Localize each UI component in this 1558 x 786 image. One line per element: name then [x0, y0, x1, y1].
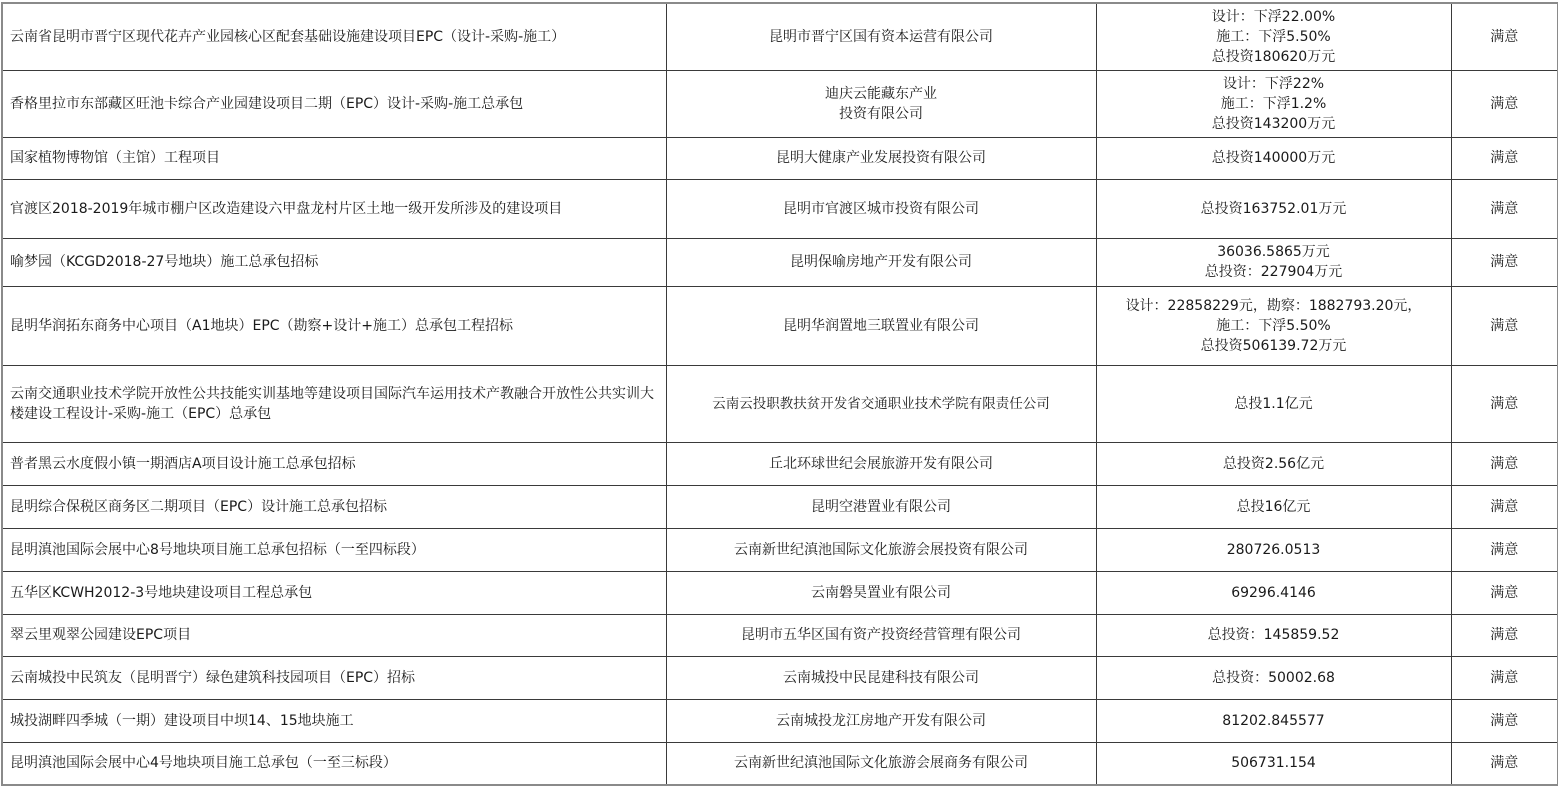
table-row: 翠云里观翠公园建设EPC项目 昆明市五华区国有资产投资经营管理有限公司 总投资：… [2, 614, 1558, 656]
owner-cell: 昆明保喻房地产开发有限公司 [666, 238, 1096, 286]
evaluation-cell: 满意 [1451, 656, 1558, 699]
project-name-cell: 香格里拉市东部藏区旺池卡综合产业园建设项目二期（EPC）设计-采购-施工总承包 [2, 70, 666, 137]
owner-cell: 云南城投中民昆建科技有限公司 [666, 656, 1096, 699]
amount-cell: 设计：下浮22.00% 施工：下浮5.50% 总投资180620万元 [1096, 3, 1451, 70]
project-name-cell: 翠云里观翠公园建设EPC项目 [2, 614, 666, 656]
project-name-cell: 云南省昆明市晋宁区现代花卉产业园核心区配套基础设施建设项目EPC（设计-采购-施… [2, 3, 666, 70]
project-name-cell: 五华区KCWH2012-3号地块建设项目工程总承包 [2, 571, 666, 614]
owner-cell: 云南磐昊置业有限公司 [666, 571, 1096, 614]
evaluation-cell: 满意 [1451, 485, 1558, 528]
amount-cell: 设计：22858229元，勘察：1882793.20元， 施工：下浮5.50% … [1096, 286, 1451, 365]
amount-cell: 69296.4146 [1096, 571, 1451, 614]
evaluation-cell: 满意 [1451, 238, 1558, 286]
table-row: 官渡区2018-2019年城市棚户区改造建设六甲盘龙村片区土地一级开发所涉及的建… [2, 179, 1558, 238]
table-row: 喻梦园（KCGD2018-27号地块）施工总承包招标 昆明保喻房地产开发有限公司… [2, 238, 1558, 286]
amount-cell: 506731.154 [1096, 742, 1451, 785]
table-row: 云南城投中民筑友（昆明晋宁）绿色建筑科技园项目（EPC）招标 云南城投中民昆建科… [2, 656, 1558, 699]
project-performance-table: 云南省昆明市晋宁区现代花卉产业园核心区配套基础设施建设项目EPC（设计-采购-施… [1, 2, 1558, 786]
evaluation-cell: 满意 [1451, 179, 1558, 238]
table-row: 普者黑云水度假小镇一期酒店A项目设计施工总承包招标 丘北环球世纪会展旅游开发有限… [2, 442, 1558, 485]
evaluation-cell: 满意 [1451, 571, 1558, 614]
amount-cell: 总投资2.56亿元 [1096, 442, 1451, 485]
amount-cell: 36036.5865万元 总投资：227904万元 [1096, 238, 1451, 286]
table-row: 云南交通职业技术学院开放性公共技能实训基地等建设项目国际汽车运用技术产教融合开放… [2, 365, 1558, 442]
evaluation-cell: 满意 [1451, 528, 1558, 571]
owner-cell: 昆明市晋宁区国有资本运营有限公司 [666, 3, 1096, 70]
owner-cell: 迪庆云能藏东产业 投资有限公司 [666, 70, 1096, 137]
project-name-cell: 喻梦园（KCGD2018-27号地块）施工总承包招标 [2, 238, 666, 286]
project-name-cell: 云南交通职业技术学院开放性公共技能实训基地等建设项目国际汽车运用技术产教融合开放… [2, 365, 666, 442]
project-name-cell: 城投湖畔四季城（一期）建设项目中坝14、15地块施工 [2, 699, 666, 742]
evaluation-cell: 满意 [1451, 70, 1558, 137]
owner-cell: 昆明大健康产业发展投资有限公司 [666, 137, 1096, 179]
table-row: 昆明滇池国际会展中心8号地块项目施工总承包招标（一至四标段） 云南新世纪滇池国际… [2, 528, 1558, 571]
owner-cell: 云南新世纪滇池国际文化旅游会展投资有限公司 [666, 528, 1096, 571]
owner-cell: 丘北环球世纪会展旅游开发有限公司 [666, 442, 1096, 485]
amount-cell: 总投资：145859.52 [1096, 614, 1451, 656]
table-row: 云南省昆明市晋宁区现代花卉产业园核心区配套基础设施建设项目EPC（设计-采购-施… [2, 3, 1558, 70]
amount-cell: 总投资140000万元 [1096, 137, 1451, 179]
table-row: 城投湖畔四季城（一期）建设项目中坝14、15地块施工 云南城投龙江房地产开发有限… [2, 699, 1558, 742]
table-row: 昆明华润拓东商务中心项目（A1地块）EPC（勘察+设计+施工）总承包工程招标 昆… [2, 286, 1558, 365]
amount-cell: 总投资：50002.68 [1096, 656, 1451, 699]
owner-cell: 云南新世纪滇池国际文化旅游会展商务有限公司 [666, 742, 1096, 785]
owner-cell: 昆明华润置地三联置业有限公司 [666, 286, 1096, 365]
table-row: 国家植物博物馆（主馆）工程项目 昆明大健康产业发展投资有限公司 总投资14000… [2, 137, 1558, 179]
table-row: 昆明滇池国际会展中心4号地块项目施工总承包（一至三标段） 云南新世纪滇池国际文化… [2, 742, 1558, 785]
project-name-cell: 昆明滇池国际会展中心8号地块项目施工总承包招标（一至四标段） [2, 528, 666, 571]
project-name-cell: 普者黑云水度假小镇一期酒店A项目设计施工总承包招标 [2, 442, 666, 485]
amount-cell: 280726.0513 [1096, 528, 1451, 571]
amount-cell: 总投资163752.01万元 [1096, 179, 1451, 238]
project-name-cell: 昆明滇池国际会展中心4号地块项目施工总承包（一至三标段） [2, 742, 666, 785]
evaluation-cell: 满意 [1451, 286, 1558, 365]
evaluation-cell: 满意 [1451, 742, 1558, 785]
owner-cell: 昆明市五华区国有资产投资经营管理有限公司 [666, 614, 1096, 656]
table-row: 昆明综合保税区商务区二期项目（EPC）设计施工总承包招标 昆明空港置业有限公司 … [2, 485, 1558, 528]
project-name-cell: 官渡区2018-2019年城市棚户区改造建设六甲盘龙村片区土地一级开发所涉及的建… [2, 179, 666, 238]
project-name-cell: 云南城投中民筑友（昆明晋宁）绿色建筑科技园项目（EPC）招标 [2, 656, 666, 699]
owner-cell: 昆明市官渡区城市投资有限公司 [666, 179, 1096, 238]
evaluation-cell: 满意 [1451, 699, 1558, 742]
table-row: 五华区KCWH2012-3号地块建设项目工程总承包 云南磐昊置业有限公司 692… [2, 571, 1558, 614]
amount-cell: 81202.845577 [1096, 699, 1451, 742]
owner-cell: 云南城投龙江房地产开发有限公司 [666, 699, 1096, 742]
table-row: 香格里拉市东部藏区旺池卡综合产业园建设项目二期（EPC）设计-采购-施工总承包 … [2, 70, 1558, 137]
project-name-cell: 昆明华润拓东商务中心项目（A1地块）EPC（勘察+设计+施工）总承包工程招标 [2, 286, 666, 365]
evaluation-cell: 满意 [1451, 365, 1558, 442]
owner-cell: 云南云投职教扶贫开发省交通职业技术学院有限责任公司 [666, 365, 1096, 442]
evaluation-cell: 满意 [1451, 3, 1558, 70]
amount-cell: 总投1.1亿元 [1096, 365, 1451, 442]
owner-cell: 昆明空港置业有限公司 [666, 485, 1096, 528]
amount-cell: 总投16亿元 [1096, 485, 1451, 528]
evaluation-cell: 满意 [1451, 614, 1558, 656]
project-name-cell: 国家植物博物馆（主馆）工程项目 [2, 137, 666, 179]
evaluation-cell: 满意 [1451, 442, 1558, 485]
project-name-cell: 昆明综合保税区商务区二期项目（EPC）设计施工总承包招标 [2, 485, 666, 528]
amount-cell: 设计：下浮22% 施工：下浮1.2% 总投资143200万元 [1096, 70, 1451, 137]
evaluation-cell: 满意 [1451, 137, 1558, 179]
